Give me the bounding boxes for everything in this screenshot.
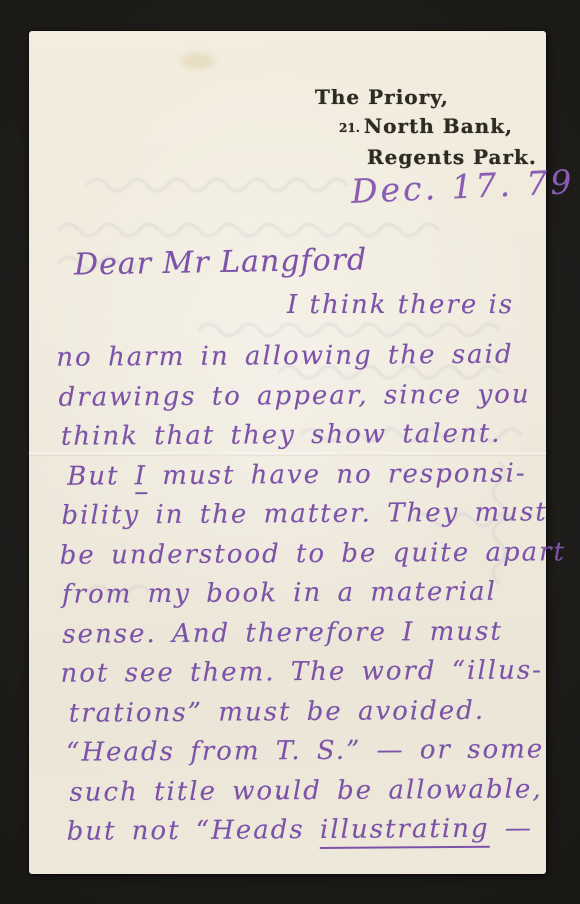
body-text-segment: But	[67, 461, 135, 491]
body-line: “Heads from T. S.” — or some	[66, 730, 568, 773]
body-line: not see them. The word “illus-	[60, 651, 567, 694]
body-line: drawings to appear, since you	[58, 375, 565, 418]
underlined-word: illustrating	[320, 814, 490, 849]
body-line: sense. And therefore I must	[62, 612, 567, 655]
body-text-segment: but not “Heads	[67, 815, 321, 847]
body-line: bility in the matter. They must	[61, 493, 566, 536]
body-line: think that they show talent.	[61, 414, 566, 457]
body-line: no harm in allowing the said	[56, 335, 565, 378]
paper-stain	[181, 53, 215, 69]
letter-paper: The Priory, 21.North Bank, Regents Park.…	[29, 31, 546, 874]
letterhead-line-1: The Priory,	[315, 83, 537, 112]
body-line: be understood to be quite apart	[60, 533, 567, 576]
salutation: Dear Mr Langford	[74, 242, 368, 282]
letter-body: no harm in allowing the said drawings to…	[56, 335, 568, 852]
street-number: 21.	[339, 121, 360, 135]
body-line: But I must have no responsi-	[67, 454, 566, 497]
body-text-segment: —	[489, 813, 532, 843]
letterhead: The Priory, 21.North Bank, Regents Park.	[315, 83, 537, 172]
body-opening-line: I think there is	[287, 290, 514, 320]
photo-background: The Priory, 21.North Bank, Regents Park.…	[0, 0, 580, 904]
body-line: but not “Heads illustrating —	[67, 809, 569, 852]
letterhead-street: North Bank,	[364, 114, 513, 138]
body-line: from my book in a material	[62, 572, 567, 615]
underlined-word: I	[135, 461, 148, 494]
letterhead-line-2: 21.North Bank,	[339, 112, 537, 143]
body-text-segment: must have no responsi-	[147, 458, 527, 491]
body-line: such title would be allowable,	[69, 770, 568, 813]
body-line: trations” must be avoided.	[69, 691, 568, 734]
